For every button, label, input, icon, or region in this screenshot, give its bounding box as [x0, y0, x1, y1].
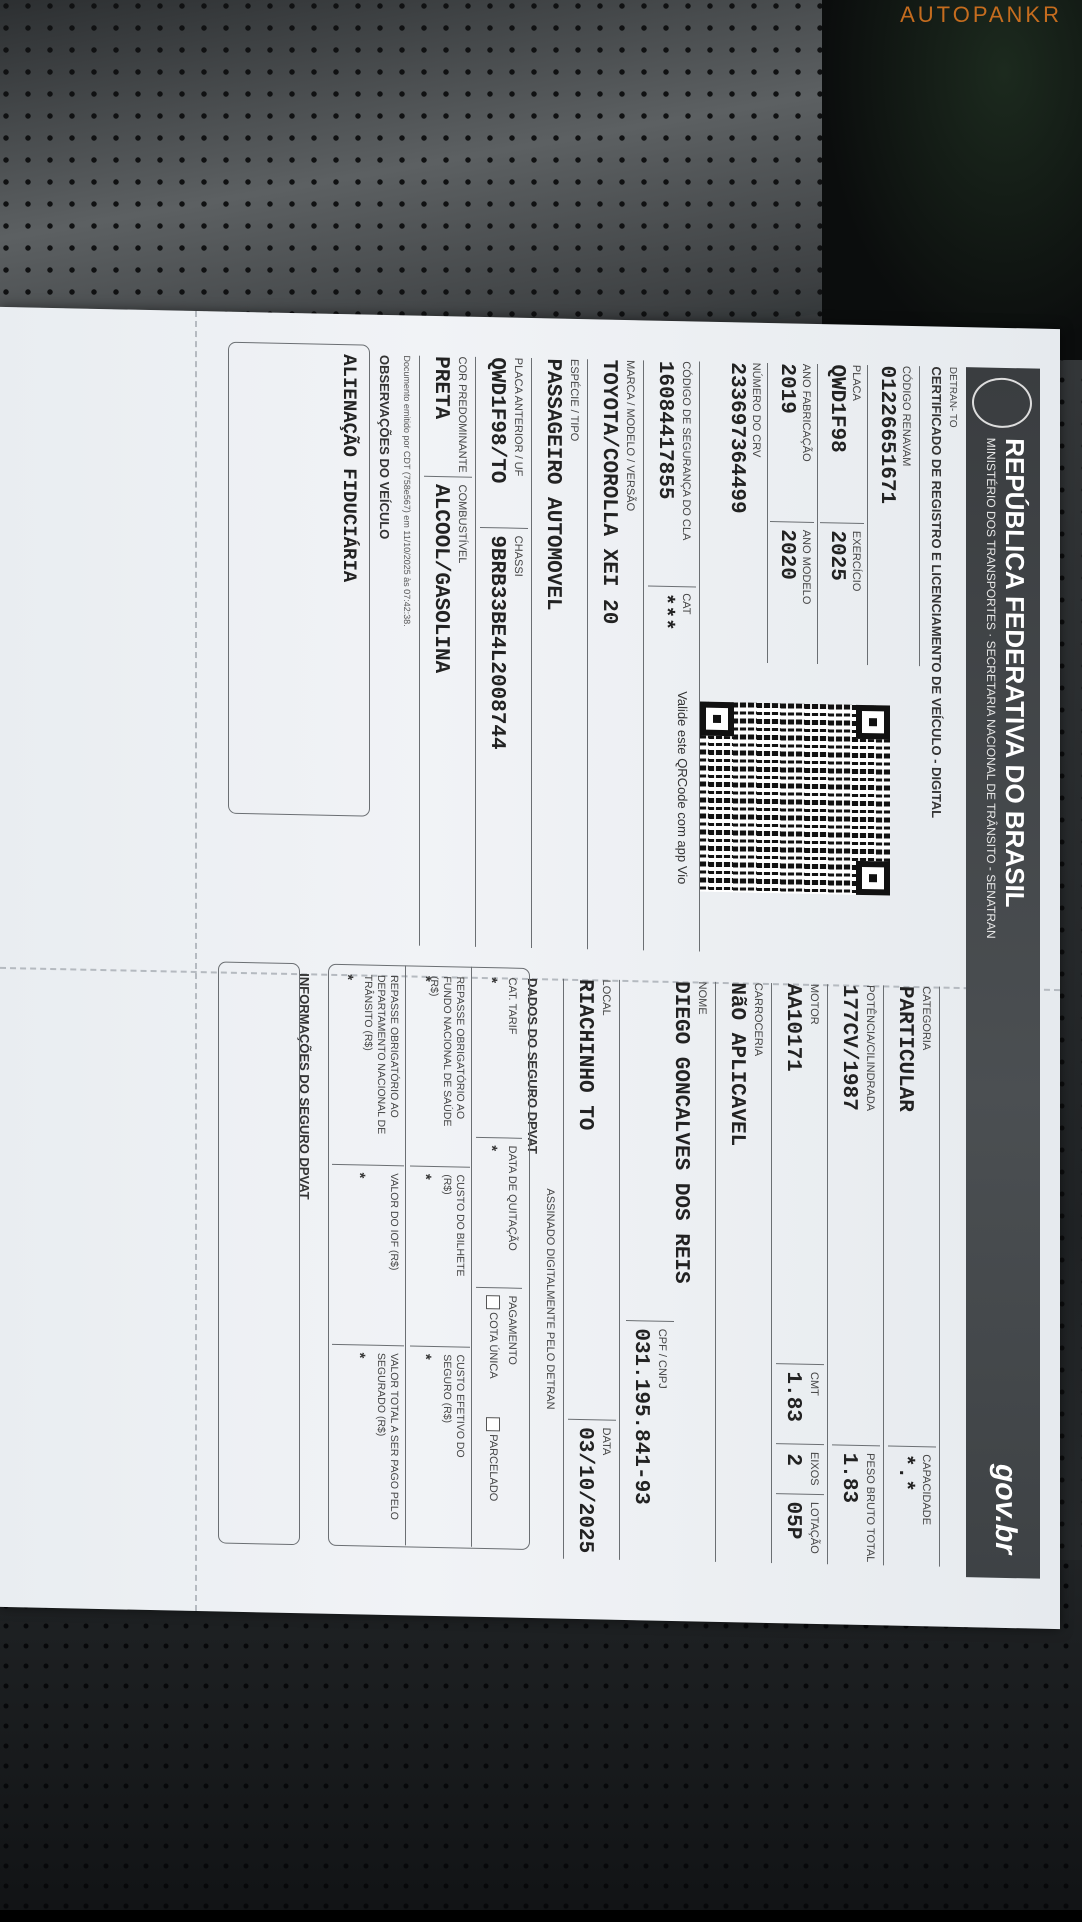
custo-efetivo-value: *	[417, 1354, 434, 1360]
categoria-value: PARTICULAR	[893, 986, 916, 1113]
data-value: 03/10/2025	[573, 1427, 596, 1554]
chassi-label: CHASSI	[512, 536, 524, 577]
peso-label: PESO BRUTO TOTAL	[864, 1453, 876, 1562]
observacoes-box	[228, 342, 370, 817]
data-label: DATA	[600, 1427, 612, 1455]
cpf-label: CPF / CNPJ	[656, 1329, 668, 1389]
exercicio-label: EXERCÍCIO	[850, 531, 862, 592]
repasse-fns-value: *	[417, 976, 434, 982]
govbr-logo: gov.br	[988, 1464, 1022, 1555]
crv-value: 233697364499	[725, 362, 748, 514]
signature-note: ASSINADO DIGITALMENTE PELO DETRAN	[544, 1188, 556, 1409]
dark-background-corner	[822, 0, 1082, 360]
qr-code[interactable]	[700, 702, 890, 896]
carroceria-label: CARROCERIA	[752, 983, 764, 1057]
ano-fabricacao-label: ANO FABRICAÇÃO	[800, 364, 812, 462]
potencia-value: 177CV/1987	[837, 984, 860, 1111]
ano-fabricacao-value: 2019	[775, 363, 798, 414]
header-band: REPÚBLICA FEDERATIVA DO BRASIL MINISTÉRI…	[966, 367, 1040, 1579]
placa-label: PLACA	[850, 365, 862, 401]
marca-label: MARCA / MODELO / VERSÃO	[624, 360, 636, 511]
custo-bilhete-value: *	[417, 1174, 434, 1180]
crv-label: NÚMERO DO CRV	[750, 363, 762, 458]
pagamento-parcelado[interactable]: PARCELADO	[486, 1417, 500, 1501]
potencia-label: POTÊNCIA/CILINDRADA	[864, 985, 876, 1111]
watermark: AUTOPANKR	[900, 2, 1062, 28]
marca-value: TOYOTA/COROLLA XEI 20	[597, 359, 620, 624]
capacidade-label: CAPACIDADE	[920, 1454, 932, 1525]
ano-modelo-value: 2020	[775, 529, 798, 580]
ano-modelo-label: ANO MODELO	[800, 530, 812, 605]
nome-label: NOME	[696, 981, 708, 1014]
especie-label: ESPÉCIE / TIPO	[568, 359, 580, 442]
fold-line-vertical	[195, 311, 197, 1611]
cpf-value: 031.195.841-93	[629, 1328, 652, 1505]
certificate-title: CERTIFICADO DE REGISTRO E LICENCIAMENTO …	[929, 366, 944, 818]
pagamento-cota-unica[interactable]: COTA ÚNICA	[486, 1295, 500, 1379]
valor-total-label: VALOR TOTAL A SER PAGO PELO SEGURADO (R$…	[374, 1353, 400, 1534]
combustivel-value: ALCOOL/GASOLINA	[429, 484, 452, 674]
repasse-denatran-label: REPASSE OBRIGATÓRIO AO DEPARTAMENTO NACI…	[361, 974, 400, 1145]
categoria-label: CATEGORIA	[920, 986, 932, 1050]
ministry-subtitle: MINISTÉRIO DOS TRANSPORTES · SECRETARIA …	[984, 438, 998, 939]
placa-anterior-label: PLACA ANTERIOR / UF	[512, 358, 524, 477]
cat-value: ***	[653, 593, 676, 631]
cmt-label: CMT	[808, 1372, 820, 1396]
cota-unica-checkbox[interactable]	[486, 1295, 500, 1309]
dpvat-info-box	[218, 961, 300, 1545]
eixos-label: EIXOS	[808, 1452, 820, 1486]
local-value: RIACHINHO TO	[573, 979, 596, 1131]
pagamento-label: PAGAMENTO	[506, 1295, 518, 1365]
peso-value: 1.83	[837, 1452, 860, 1503]
repasse-denatran-value: *	[339, 974, 356, 980]
custo-bilhete-label: CUSTO DO BILHETE (R$)	[440, 1174, 466, 1295]
lotacao-value: 05P	[781, 1501, 804, 1539]
chassi-value: 9BRB33BE4L2008744	[485, 535, 508, 750]
issue-footnote: Documento emitido por CDT (758e567) em 1…	[402, 355, 412, 627]
valor-total-value: *	[351, 1352, 368, 1358]
cor-value: PRETA	[429, 356, 452, 419]
lotacao-label: LOTAÇÃO	[808, 1502, 820, 1554]
valor-iof-value: *	[351, 1172, 368, 1178]
qr-caption: Valide este QRCode com app Vio	[675, 691, 690, 885]
especie-value: PASSAGEIRO AUTOMOVEL	[541, 358, 564, 611]
cat-tarif-value: *	[483, 977, 500, 983]
valor-iof-label: VALOR DO IOF (R$)	[387, 1173, 400, 1333]
data-quitacao-label: DATA DE QUITAÇÃO	[506, 1145, 518, 1250]
motor-label: MOTOR	[808, 984, 820, 1025]
placa-value: QWD1F98	[825, 364, 848, 453]
cla-value: 16084417855	[653, 361, 676, 500]
renavam-label: CÓDIGO RENAVAM	[900, 366, 912, 467]
coat-of-arms-icon	[972, 377, 1032, 428]
local-label: LOCAL	[600, 979, 612, 1015]
cat-tarif-label: CAT. TARIF	[506, 977, 518, 1034]
observacoes-title: OBSERVAÇÕES DO VEÍCULO	[377, 355, 392, 540]
exercicio-value: 2025	[825, 530, 848, 581]
motor-value: AA10171	[781, 983, 804, 1072]
data-quitacao-value: *	[483, 1145, 500, 1151]
cor-label: COR PREDOMINANTE	[456, 356, 468, 472]
cat-label: CAT	[680, 593, 692, 614]
custo-efetivo-label: CUSTO EFETIVO DO SEGURO (R$)	[440, 1354, 466, 1505]
vehicle-registration-document: REPÚBLICA FEDERATIVA DO BRASIL MINISTÉRI…	[0, 307, 1060, 1629]
carroceria-value: NãO APLICAVEL	[725, 982, 748, 1146]
nome-value: DIEGO GONCALVES DOS REIS	[669, 981, 692, 1284]
bottom-edge	[0, 1910, 1082, 1922]
cla-label: CÓDIGO DE SEGURANÇA DO CLA	[680, 361, 692, 540]
cmt-value: 1.83	[781, 1371, 804, 1422]
repasse-fns-label: REPASSE OBRIGATÓRIO AO FUNDO NACIONAL DE…	[427, 976, 466, 1147]
eixos-value: 2	[781, 1453, 804, 1466]
placa-anterior-value: QWD1F98/TO	[485, 357, 508, 484]
renavam-value: 01226651671	[875, 365, 898, 504]
parcelado-checkbox[interactable]	[486, 1417, 500, 1431]
document-content: REPÚBLICA FEDERATIVA DO BRASIL MINISTÉRI…	[220, 352, 1040, 1579]
capacidade-value: *.*	[893, 1454, 916, 1492]
combustivel-label: COMBUSTÍVEL	[456, 484, 468, 563]
country-title: REPÚBLICA FEDERATIVA DO BRASIL	[999, 438, 1030, 908]
issuer: DETRAN- TO	[947, 367, 958, 428]
